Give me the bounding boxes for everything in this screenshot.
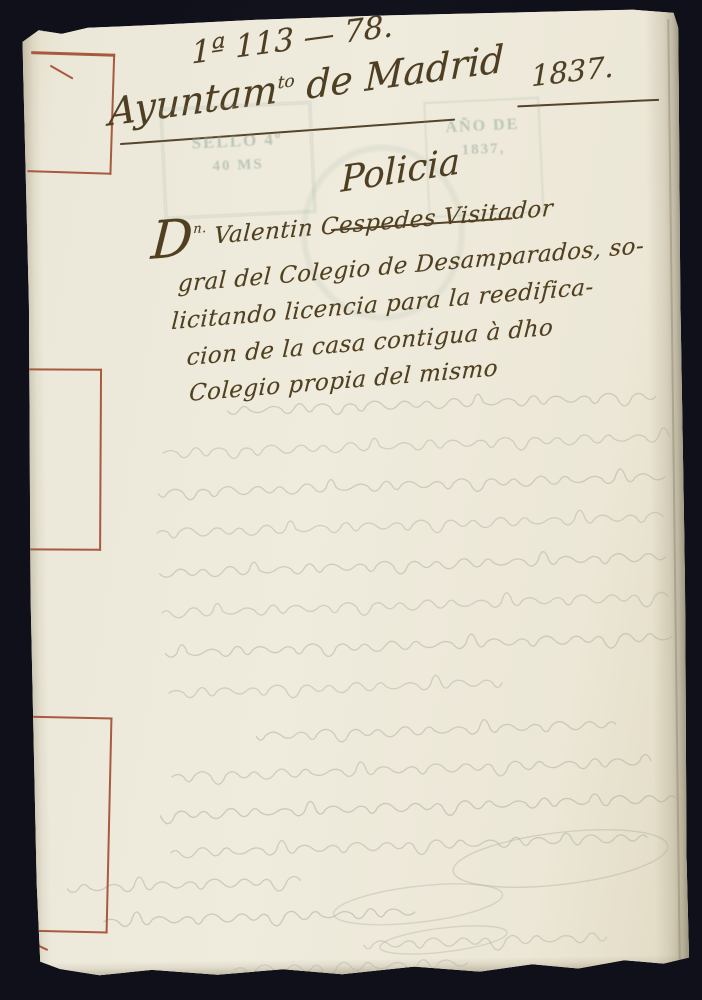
manuscript-page: 7712 1ª 113 — 78. Ayuntamto de Madrid 18… [22,9,690,979]
revenue-stamp-left-line1: SELLO 4º [191,129,283,152]
scan-background: 7712 1ª 113 — 78. Ayuntamto de Madrid 18… [0,0,702,1000]
bleedthrough-flourish [450,820,671,897]
body-initial-letter: D [150,208,195,272]
binding-thread-middle [23,368,102,550]
archive-number: 7712 [30,15,74,36]
revenue-stamp-left: SELLO 4º40 MS [159,101,316,220]
revenue-stamp-right-line1: AÑO DE [445,116,520,136]
year-heading: 1837. [531,49,614,93]
body-initial-superscript: n. [193,221,207,237]
bleedthrough-line [160,789,676,825]
revenue-stamp-left-line2: 40 MS [165,154,312,178]
bleedthrough-line [161,588,668,623]
bleedthrough-line [156,508,663,542]
paper-right-edge-shading [644,9,690,971]
bleedthrough-flourish [378,921,508,960]
bleedthrough-line [162,428,669,462]
bleedthrough-line [103,903,415,932]
bleedthrough-line [158,468,665,502]
bleedthrough-line [165,628,672,663]
bleedthrough-line [159,548,666,582]
bleedthrough-line [256,715,616,744]
binding-thread-top [27,51,115,175]
office-title-superscript: to [277,71,294,94]
bleedthrough-line [170,828,647,862]
bleedthrough-flourish [331,876,504,932]
paper-bottom-edge-shading [34,955,690,979]
bleedthrough-line [168,673,502,702]
bleedthrough-line [364,932,607,954]
binding-thread-bottom [22,716,113,934]
bleedthrough-line [171,752,651,786]
